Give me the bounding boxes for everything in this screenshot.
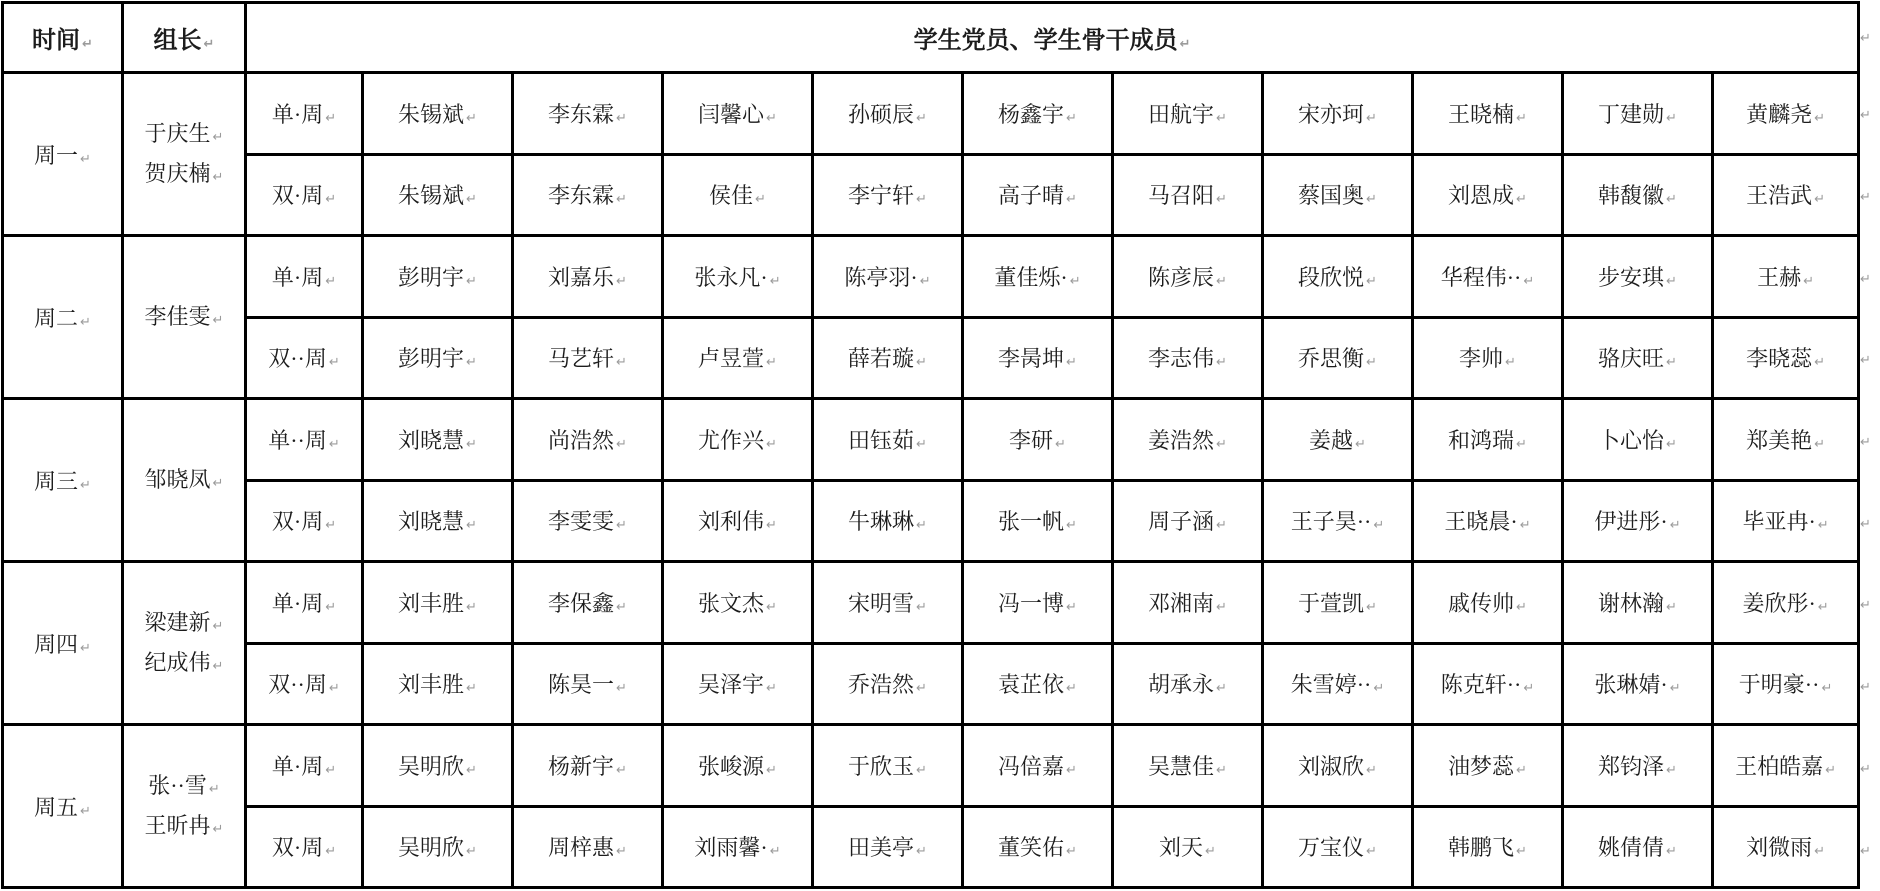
- leader-name-label: 于庆生: [145, 121, 211, 146]
- formatting-mark: ↵: [1516, 600, 1527, 615]
- formatting-mark: ↵: [916, 681, 927, 696]
- formatting-mark: ↵: [1666, 192, 1677, 207]
- member-cell-label: 乔浩然: [848, 672, 914, 697]
- formatting-mark: ↵: [1216, 763, 1227, 778]
- week-type-cell-label: 双·周: [272, 509, 323, 534]
- member-cell: 宋亦珂↵: [1263, 73, 1413, 155]
- formatting-mark: ↵: [1860, 598, 1871, 613]
- week-type-cell-label: 双··周: [268, 346, 327, 371]
- row-end-mark-slot: ↵: [1860, 238, 1878, 320]
- formatting-mark: ↵: [616, 763, 627, 778]
- formatting-mark: ↵: [766, 763, 777, 778]
- leader-name: 纪成伟↵: [126, 651, 242, 675]
- member-cell: 彭明宇↵: [363, 317, 513, 399]
- member-cell: 油梦蕊↵: [1413, 725, 1563, 807]
- member-cell-label: 卜心怡: [1598, 428, 1664, 453]
- formatting-mark: ↵: [770, 844, 781, 859]
- member-cell-label: 吴明欣: [398, 835, 464, 860]
- formatting-mark: ↵: [1516, 763, 1527, 778]
- formatting-mark: ↵: [920, 274, 931, 289]
- member-row: 周二↵李佳雯↵单·周↵彭明宇↵刘嘉乐↵张永凡·↵陈亭羽·↵董佳烁·↵陈彦辰↵段欣…: [3, 236, 1859, 318]
- formatting-mark: ↵: [1860, 517, 1871, 532]
- member-cell-label: 于萱凯: [1298, 591, 1364, 616]
- week-type-cell: 双·周↵: [246, 480, 363, 562]
- member-cell: 孙硕辰↵: [813, 73, 963, 155]
- member-cell: 华程伟··↵: [1413, 236, 1563, 318]
- formatting-mark: ↵: [1070, 274, 1081, 289]
- formatting-mark: ↵: [1066, 763, 1077, 778]
- member-cell-label: 张琳婧·: [1594, 672, 1667, 697]
- member-cell-label: 尚浩然: [548, 428, 614, 453]
- member-cell-label: 王柏皓嘉: [1735, 754, 1823, 779]
- member-cell: 周梓惠↵: [513, 806, 663, 888]
- leader-name-label: 王昕冉: [145, 813, 211, 838]
- member-cell: 吴明欣↵: [363, 725, 513, 807]
- member-cell-label: 李研: [1009, 428, 1053, 453]
- member-cell-label: 彭明宇: [398, 346, 464, 371]
- formatting-mark: ↵: [1066, 355, 1077, 370]
- formatting-mark: ↵: [213, 619, 224, 634]
- member-cell: 郑美艳↵: [1713, 399, 1859, 481]
- formatting-mark: ↵: [616, 518, 627, 533]
- member-cell: 杨新宇↵: [513, 725, 663, 807]
- formatting-mark: ↵: [329, 355, 340, 370]
- member-cell-label: 谢林瀚: [1598, 591, 1664, 616]
- formatting-mark: ↵: [329, 437, 340, 452]
- formatting-mark: ↵: [213, 313, 224, 328]
- formatting-mark: ↵: [1516, 111, 1527, 126]
- day-cell: 周四↵: [3, 562, 123, 725]
- member-cell-label: 吴慧佳: [1148, 754, 1214, 779]
- member-cell-label: 蔡国奥: [1298, 183, 1364, 208]
- member-cell: 陈彦辰↵: [1113, 236, 1263, 318]
- leader-cell: 邹晓凤↵: [123, 399, 246, 562]
- member-cell-label: 和鸿瑞: [1448, 428, 1514, 453]
- member-cell: 董笑佑↵: [963, 806, 1113, 888]
- formatting-mark: ↵: [766, 437, 777, 452]
- formatting-mark: ↵: [80, 152, 91, 167]
- member-cell-label: 杨鑫宇: [998, 102, 1064, 127]
- member-cell: 张永凡·↵: [663, 236, 813, 318]
- member-cell-label: 田钰茹: [848, 428, 914, 453]
- member-cell-label: 王晓晨·: [1444, 509, 1517, 534]
- formatting-mark: ↵: [466, 518, 477, 533]
- member-cell: 彭明宇↵: [363, 236, 513, 318]
- leader-name: 贺庆楠↵: [126, 162, 242, 186]
- member-cell-label: 李晓蕊: [1746, 346, 1812, 371]
- member-cell-label: 朱雪婷··: [1291, 672, 1372, 697]
- formatting-mark: ↵: [916, 844, 927, 859]
- member-cell: 毕亚冉·↵: [1713, 480, 1859, 562]
- member-cell: 田航宇↵: [1113, 73, 1263, 155]
- formatting-mark: ↵: [1505, 355, 1516, 370]
- formatting-mark: ↵: [213, 659, 224, 674]
- formatting-mark: ↵: [1373, 681, 1384, 696]
- formatting-mark: ↵: [616, 600, 627, 615]
- member-cell: 戚传帅↵: [1413, 562, 1563, 644]
- member-cell: 刘恩成↵: [1413, 154, 1563, 236]
- member-row: 双·周↵朱锡斌↵李东霖↵侯佳↵李宁轩↵高子晴↵马召阳↵蔡国奥↵刘恩成↵韩馥徽↵王…: [3, 154, 1859, 236]
- formatting-mark: ↵: [1066, 192, 1077, 207]
- member-cell-label: 李帅: [1459, 346, 1503, 371]
- member-cell: 胡承永↵: [1113, 643, 1263, 725]
- week-type-cell-label: 单·周: [272, 591, 323, 616]
- member-cell-label: 董佳烁·: [994, 265, 1067, 290]
- member-cell-label: 牛琳琳: [848, 509, 914, 534]
- member-cell-label: 刘天: [1159, 835, 1203, 860]
- formatting-mark: ↵: [1516, 192, 1527, 207]
- member-cell-label: 胡承永: [1148, 672, 1214, 697]
- member-cell-label: 李昺坤: [998, 346, 1064, 371]
- member-cell-label: 董笑佑: [998, 835, 1064, 860]
- formatting-mark: ↵: [616, 111, 627, 126]
- member-cell-label: 油梦蕊: [1448, 754, 1514, 779]
- member-cell-label: 张永凡·: [694, 265, 767, 290]
- formatting-mark: ↵: [916, 355, 927, 370]
- member-cell-label: 马召阳: [1148, 183, 1214, 208]
- member-cell: 刘微雨↵: [1713, 806, 1859, 888]
- formatting-mark: ↵: [1818, 518, 1829, 533]
- week-type-cell: 单·周↵: [246, 236, 363, 318]
- member-cell-label: 刘嘉乐: [548, 265, 614, 290]
- formatting-mark: ↵: [755, 192, 766, 207]
- formatting-mark: ↵: [1860, 762, 1871, 777]
- member-cell-label: 陈彦辰: [1148, 265, 1214, 290]
- formatting-mark: ↵: [1666, 437, 1677, 452]
- member-cell-label: 闫馨心: [698, 102, 764, 127]
- member-cell-label: 刘晓慧: [398, 509, 464, 534]
- member-cell: 袁芷依↵: [963, 643, 1113, 725]
- member-row: 双·周↵刘晓慧↵李雯雯↵刘利伟↵牛琳琳↵张一帆↵周子涵↵王子昊··↵王晓晨·↵伊…: [3, 480, 1859, 562]
- formatting-mark: ↵: [204, 37, 215, 52]
- member-cell-label: 刘淑欣: [1298, 754, 1364, 779]
- member-cell: 乔思衡↵: [1263, 317, 1413, 399]
- formatting-mark: ↵: [466, 763, 477, 778]
- formatting-mark: ↵: [1366, 355, 1377, 370]
- member-cell: 韩鹏飞↵: [1413, 806, 1563, 888]
- formatting-mark: ↵: [1216, 111, 1227, 126]
- formatting-mark: ↵: [916, 437, 927, 452]
- formatting-mark: ↵: [1216, 518, 1227, 533]
- formatting-mark: ↵: [1860, 680, 1871, 695]
- member-cell: 闫馨心↵: [663, 73, 813, 155]
- member-cell-label: 张文杰: [698, 591, 764, 616]
- formatting-mark: ↵: [766, 600, 777, 615]
- member-cell-label: 陈亭羽·: [844, 265, 917, 290]
- member-row: 双··周↵彭明宇↵马艺轩↵卢昱萱↵薛若璇↵李昺坤↵李志伟↵乔思衡↵李帅↵骆庆旺↵…: [3, 317, 1859, 399]
- week-type-cell-label: 双··周: [268, 672, 327, 697]
- member-cell: 刘晓慧↵: [363, 399, 513, 481]
- formatting-mark: ↵: [1825, 763, 1836, 778]
- member-cell-label: 姜欣彤·: [1742, 591, 1815, 616]
- leader-name: 李佳雯↵: [126, 305, 242, 329]
- member-row: 周五↵张··雪↵王昕冉↵单·周↵吴明欣↵杨新宇↵张峻源↵于欣玉↵冯倍嘉↵吴慧佳↵…: [3, 725, 1859, 807]
- formatting-mark: ↵: [766, 518, 777, 533]
- member-cell-label: 陈克轩··: [1441, 672, 1522, 697]
- day-cell: 周二↵: [3, 236, 123, 399]
- member-cell: 侯佳↵: [663, 154, 813, 236]
- member-cell-label: 孙硕辰: [848, 102, 914, 127]
- member-cell-label: 刘丰胜: [398, 591, 464, 616]
- leader-name: 梁建新↵: [126, 611, 242, 635]
- member-cell: 刘嘉乐↵: [513, 236, 663, 318]
- formatting-mark: ↵: [1366, 192, 1377, 207]
- member-cell: 陈克轩··↵: [1413, 643, 1563, 725]
- member-cell: 田钰茹↵: [813, 399, 963, 481]
- member-cell-label: 李东霖: [548, 102, 614, 127]
- member-cell-label: 吴明欣: [398, 754, 464, 779]
- member-cell: 陈亭羽·↵: [813, 236, 963, 318]
- member-cell: 伊进彤·↵: [1563, 480, 1713, 562]
- member-cell-label: 华程伟··: [1441, 265, 1522, 290]
- member-cell: 刘天↵: [1113, 806, 1263, 888]
- week-type-cell-label: 双·周: [272, 835, 323, 860]
- day-cell-label: 周一: [34, 143, 78, 168]
- member-cell: 李雯雯↵: [513, 480, 663, 562]
- header-time-label: 时间: [32, 28, 80, 54]
- member-cell-label: 万宝仪: [1298, 835, 1364, 860]
- member-cell: 朱锡斌↵: [363, 73, 513, 155]
- header-time: 时间↵: [3, 3, 123, 73]
- formatting-mark: ↵: [1814, 844, 1825, 859]
- document-page: 时间↵ 组长↵ 学生党员、学生骨干成员↵ 周一↵于庆生↵贺庆楠↵单·周↵朱锡斌↵…: [0, 1, 1880, 891]
- formatting-mark: ↵: [1860, 353, 1871, 368]
- formatting-mark: ↵: [82, 37, 93, 52]
- formatting-mark: ↵: [766, 111, 777, 126]
- member-row: 周四↵梁建新↵纪成伟↵单·周↵刘丰胜↵李保鑫↵张文杰↵宋明雪↵冯一博↵邓湘南↵于…: [3, 562, 1859, 644]
- member-cell: 朱锡斌↵: [363, 154, 513, 236]
- formatting-mark: ↵: [616, 844, 627, 859]
- week-type-cell: 单··周↵: [246, 399, 363, 481]
- formatting-mark: ↵: [466, 681, 477, 696]
- member-cell-label: 李东霖: [548, 183, 614, 208]
- member-cell: 李保鑫↵: [513, 562, 663, 644]
- formatting-mark: ↵: [1066, 600, 1077, 615]
- member-cell: 谢林瀚↵: [1563, 562, 1713, 644]
- formatting-mark: ↵: [213, 476, 224, 491]
- day-cell-label: 周五: [34, 795, 78, 820]
- formatting-mark: ↵: [1670, 518, 1681, 533]
- leader-name-label: 贺庆楠: [145, 161, 211, 186]
- member-cell: 李东霖↵: [513, 73, 663, 155]
- member-cell: 步安琪↵: [1563, 236, 1713, 318]
- formatting-mark: ↵: [1066, 518, 1077, 533]
- formatting-mark: ↵: [916, 600, 927, 615]
- member-cell-label: 马艺轩: [548, 346, 614, 371]
- header-members: 学生党员、学生骨干成员↵: [246, 3, 1859, 73]
- member-cell: 陈昊一↵: [513, 643, 663, 725]
- formatting-mark: ↵: [325, 518, 336, 533]
- formatting-mark: ↵: [466, 274, 477, 289]
- formatting-mark: ↵: [616, 437, 627, 452]
- member-cell-label: 李雯雯: [548, 509, 614, 534]
- formatting-mark: ↵: [1818, 600, 1829, 615]
- header-leader-label: 组长: [154, 28, 202, 54]
- member-cell: 高子晴↵: [963, 154, 1113, 236]
- member-cell-label: 于欣玉: [848, 754, 914, 779]
- member-cell-label: 彭明宇: [398, 265, 464, 290]
- member-cell-label: 李志伟: [1148, 346, 1214, 371]
- week-type-cell: 单·周↵: [246, 725, 363, 807]
- member-cell-label: 田航宇: [1148, 102, 1214, 127]
- formatting-mark: ↵: [80, 315, 91, 330]
- member-cell-label: 陈昊一: [548, 672, 614, 697]
- member-cell-label: 侯佳: [709, 183, 753, 208]
- formatting-mark: ↵: [466, 844, 477, 859]
- formatting-mark: ↵: [1666, 355, 1677, 370]
- row-end-mark-slot: ↵: [1860, 729, 1878, 811]
- member-cell: 刘丰胜↵: [363, 562, 513, 644]
- formatting-mark: ↵: [80, 478, 91, 493]
- member-cell-label: 王浩武: [1746, 183, 1812, 208]
- member-cell: 郑钧泽↵: [1563, 725, 1713, 807]
- member-cell: 吴泽宇↵: [663, 643, 813, 725]
- formatting-mark: ↵: [325, 763, 336, 778]
- member-cell-label: 冯倍嘉: [998, 754, 1064, 779]
- member-cell-label: 骆庆旺: [1598, 346, 1664, 371]
- row-end-mark-slot: ↵: [1860, 402, 1878, 484]
- row-end-mark-slot: ↵: [1860, 810, 1878, 891]
- leader-name-label: 李佳雯: [145, 304, 211, 329]
- member-cell: 姚倩倩↵: [1563, 806, 1713, 888]
- week-type-cell: 双··周↵: [246, 317, 363, 399]
- member-cell: 马召阳↵: [1113, 154, 1263, 236]
- member-cell: 李志伟↵: [1113, 317, 1263, 399]
- member-cell-label: 吴泽宇: [698, 672, 764, 697]
- member-cell: 刘雨馨·↵: [663, 806, 813, 888]
- member-cell: 周子涵↵: [1113, 480, 1263, 562]
- row-end-mark-slot: ↵: [1860, 320, 1878, 402]
- formatting-mark: ↵: [1373, 518, 1384, 533]
- row-end-mark-slot: ↵: [1860, 157, 1878, 239]
- formatting-mark: ↵: [616, 681, 627, 696]
- formatting-mark: ↵: [213, 130, 224, 145]
- member-cell: 张琳婧·↵: [1563, 643, 1713, 725]
- member-cell-label: 高子晴: [998, 183, 1064, 208]
- member-cell: 姜欣彤·↵: [1713, 562, 1859, 644]
- member-cell-label: 尤作兴: [698, 428, 764, 453]
- leader-name-label: 张··雪: [148, 773, 207, 798]
- member-cell-label: 刘雨馨·: [694, 835, 767, 860]
- formatting-mark: ↵: [1523, 681, 1534, 696]
- formatting-mark: ↵: [916, 763, 927, 778]
- formatting-mark: ↵: [1860, 31, 1871, 46]
- leader-name: 于庆生↵: [126, 122, 242, 146]
- member-cell: 吴慧佳↵: [1113, 725, 1263, 807]
- member-cell-label: 周子涵: [1148, 509, 1214, 534]
- member-cell-label: 姚倩倩: [1598, 835, 1664, 860]
- formatting-mark: ↵: [1366, 274, 1377, 289]
- formatting-mark: ↵: [325, 600, 336, 615]
- formatting-mark: ↵: [1216, 600, 1227, 615]
- member-cell: 于萱凯↵: [1263, 562, 1413, 644]
- header-leader: 组长↵: [123, 3, 246, 73]
- member-cell-label: 张峻源: [698, 754, 764, 779]
- member-cell-label: 张一帆: [998, 509, 1064, 534]
- formatting-mark: ↵: [1366, 844, 1377, 859]
- formatting-mark: ↵: [466, 600, 477, 615]
- member-cell: 牛琳琳↵: [813, 480, 963, 562]
- member-cell-label: 朱锡斌: [398, 183, 464, 208]
- member-cell-label: 伊进彤·: [1594, 509, 1667, 534]
- member-cell-label: 刘恩成: [1448, 183, 1514, 208]
- member-cell: 刘利伟↵: [663, 480, 813, 562]
- formatting-mark: ↵: [213, 822, 224, 837]
- formatting-mark: ↵: [1205, 844, 1216, 859]
- member-cell: 田美亭↵: [813, 806, 963, 888]
- member-cell-label: 宋明雪: [848, 591, 914, 616]
- formatting-mark: ↵: [1860, 844, 1871, 859]
- formatting-mark: ↵: [466, 192, 477, 207]
- formatting-mark: ↵: [1216, 274, 1227, 289]
- member-cell: 尚浩然↵: [513, 399, 663, 481]
- formatting-mark: ↵: [80, 641, 91, 656]
- formatting-mark: ↵: [916, 518, 927, 533]
- member-cell-label: 刘晓慧: [398, 428, 464, 453]
- leader-name-label: 纪成伟: [145, 650, 211, 675]
- member-cell-label: 步安琪: [1598, 265, 1664, 290]
- member-cell-label: 袁芷依: [998, 672, 1064, 697]
- member-cell-label: 郑钧泽: [1598, 754, 1664, 779]
- member-cell: 王晓晨·↵: [1413, 480, 1563, 562]
- formatting-mark: ↵: [1860, 190, 1871, 205]
- leader-name: 张··雪↵: [126, 774, 242, 798]
- leader-cell: 张··雪↵王昕冉↵: [123, 725, 246, 888]
- day-cell: 周一↵: [3, 73, 123, 236]
- leader-name-label: 邹晓凤: [145, 467, 211, 492]
- member-cell: 张一帆↵: [963, 480, 1113, 562]
- week-type-cell-label: 单·周: [272, 102, 323, 127]
- member-cell: 马艺轩↵: [513, 317, 663, 399]
- leader-name: 邹晓凤↵: [126, 468, 242, 492]
- member-cell-label: 薛若璇: [848, 346, 914, 371]
- formatting-mark: ↵: [1814, 192, 1825, 207]
- formatting-mark: ↵: [325, 192, 336, 207]
- formatting-mark: ↵: [1216, 681, 1227, 696]
- member-cell-label: 朱锡斌: [398, 102, 464, 127]
- formatting-mark: ↵: [1516, 437, 1527, 452]
- formatting-mark: ↵: [770, 274, 781, 289]
- row-end-mark-slot: ↵: [1860, 483, 1878, 565]
- formatting-mark: ↵: [1066, 844, 1077, 859]
- member-cell: 骆庆旺↵: [1563, 317, 1713, 399]
- week-type-cell: 双·周↵: [246, 154, 363, 236]
- member-cell: 于欣玉↵: [813, 725, 963, 807]
- member-cell-label: 韩馥徽: [1598, 183, 1664, 208]
- week-type-cell: 双··周↵: [246, 643, 363, 725]
- row-end-mark-slot: ↵: [1860, 75, 1878, 157]
- member-cell-label: 姜越: [1309, 428, 1353, 453]
- formatting-mark: ↵: [1366, 111, 1377, 126]
- member-cell: 宋明雪↵: [813, 562, 963, 644]
- formatting-mark: ↵: [1216, 192, 1227, 207]
- leader-name: 王昕冉↵: [126, 814, 242, 838]
- member-cell-label: 周梓惠: [548, 835, 614, 860]
- formatting-mark: ↵: [325, 274, 336, 289]
- member-cell: 王浩武↵: [1713, 154, 1859, 236]
- duty-schedule-table: 时间↵ 组长↵ 学生党员、学生骨干成员↵ 周一↵于庆生↵贺庆楠↵单·周↵朱锡斌↵…: [1, 1, 1860, 889]
- member-cell-label: 王子昊··: [1291, 509, 1372, 534]
- member-cell: 卢昱萱↵: [663, 317, 813, 399]
- formatting-mark: ↵: [1366, 763, 1377, 778]
- member-cell-label: 卢昱萱: [698, 346, 764, 371]
- member-cell: 吴明欣↵: [363, 806, 513, 888]
- formatting-mark: ↵: [466, 355, 477, 370]
- member-cell: 姜浩然↵: [1113, 399, 1263, 481]
- member-cell: 冯一博↵: [963, 562, 1113, 644]
- member-row: 双··周↵刘丰胜↵陈昊一↵吴泽宇↵乔浩然↵袁芷依↵胡承永↵朱雪婷··↵陈克轩··…: [3, 643, 1859, 725]
- member-cell: 刘丰胜↵: [363, 643, 513, 725]
